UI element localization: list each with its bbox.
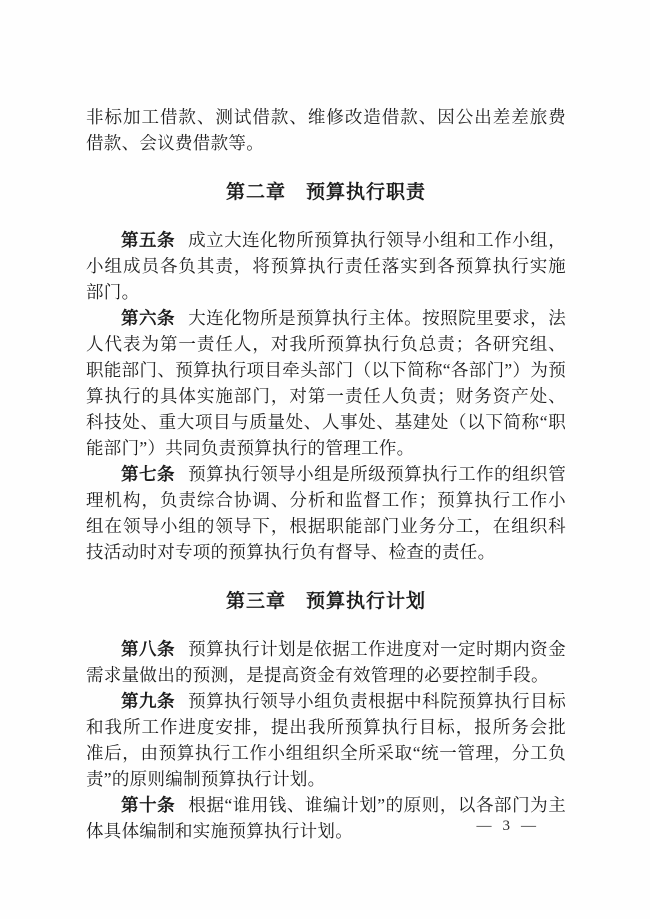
article-8-number: 第八条: [121, 639, 175, 659]
article-5: 第五条成立大连化物所预算执行领导小组和工作小组，小组成员各负其责，将预算执行责任…: [86, 227, 566, 305]
article-6-number: 第六条: [121, 308, 175, 328]
article-9-number: 第九条: [121, 691, 175, 711]
page-number: — 3 —: [477, 818, 539, 835]
article-7-number: 第七条: [121, 464, 175, 484]
page-number-value: 3: [503, 818, 513, 835]
paragraph-continuation: 非标加工借款、测试借款、维修改造借款、因公出差差旅费借款、会议费借款等。: [86, 104, 566, 156]
chapter-heading-2: 第二章 预算执行职责: [86, 180, 566, 206]
article-9: 第九条预算执行领导小组负责根据中科院预算执行目标和我所工作进度安排，提出我所预算…: [86, 688, 566, 792]
article-10-number: 第十条: [121, 795, 175, 815]
chapter-heading-3: 第三章 预算执行计划: [86, 589, 566, 615]
article-5-number: 第五条: [121, 230, 175, 250]
article-8: 第八条预算执行计划是依据工作进度对一定时期内资金需求量做出的预测，是提高资金有效…: [86, 636, 566, 688]
document-page: 非标加工借款、测试借款、维修改造借款、因公出差差旅费借款、会议费借款等。 第二章…: [0, 0, 650, 919]
page-number-dash-left: —: [477, 818, 494, 835]
article-6: 第六条大连化物所是预算执行主体。按照院里要求，法人代表为第一责任人，对我所预算执…: [86, 305, 566, 461]
article-7: 第七条预算执行领导小组是所级预算执行工作的组织管理机构，负责综合协调、分析和监督…: [86, 461, 566, 565]
article-6-text: 大连化物所是预算执行主体。按照院里要求，法人代表为第一责任人，对我所预算执行负总…: [86, 308, 566, 458]
page-number-dash-right: —: [521, 818, 538, 835]
